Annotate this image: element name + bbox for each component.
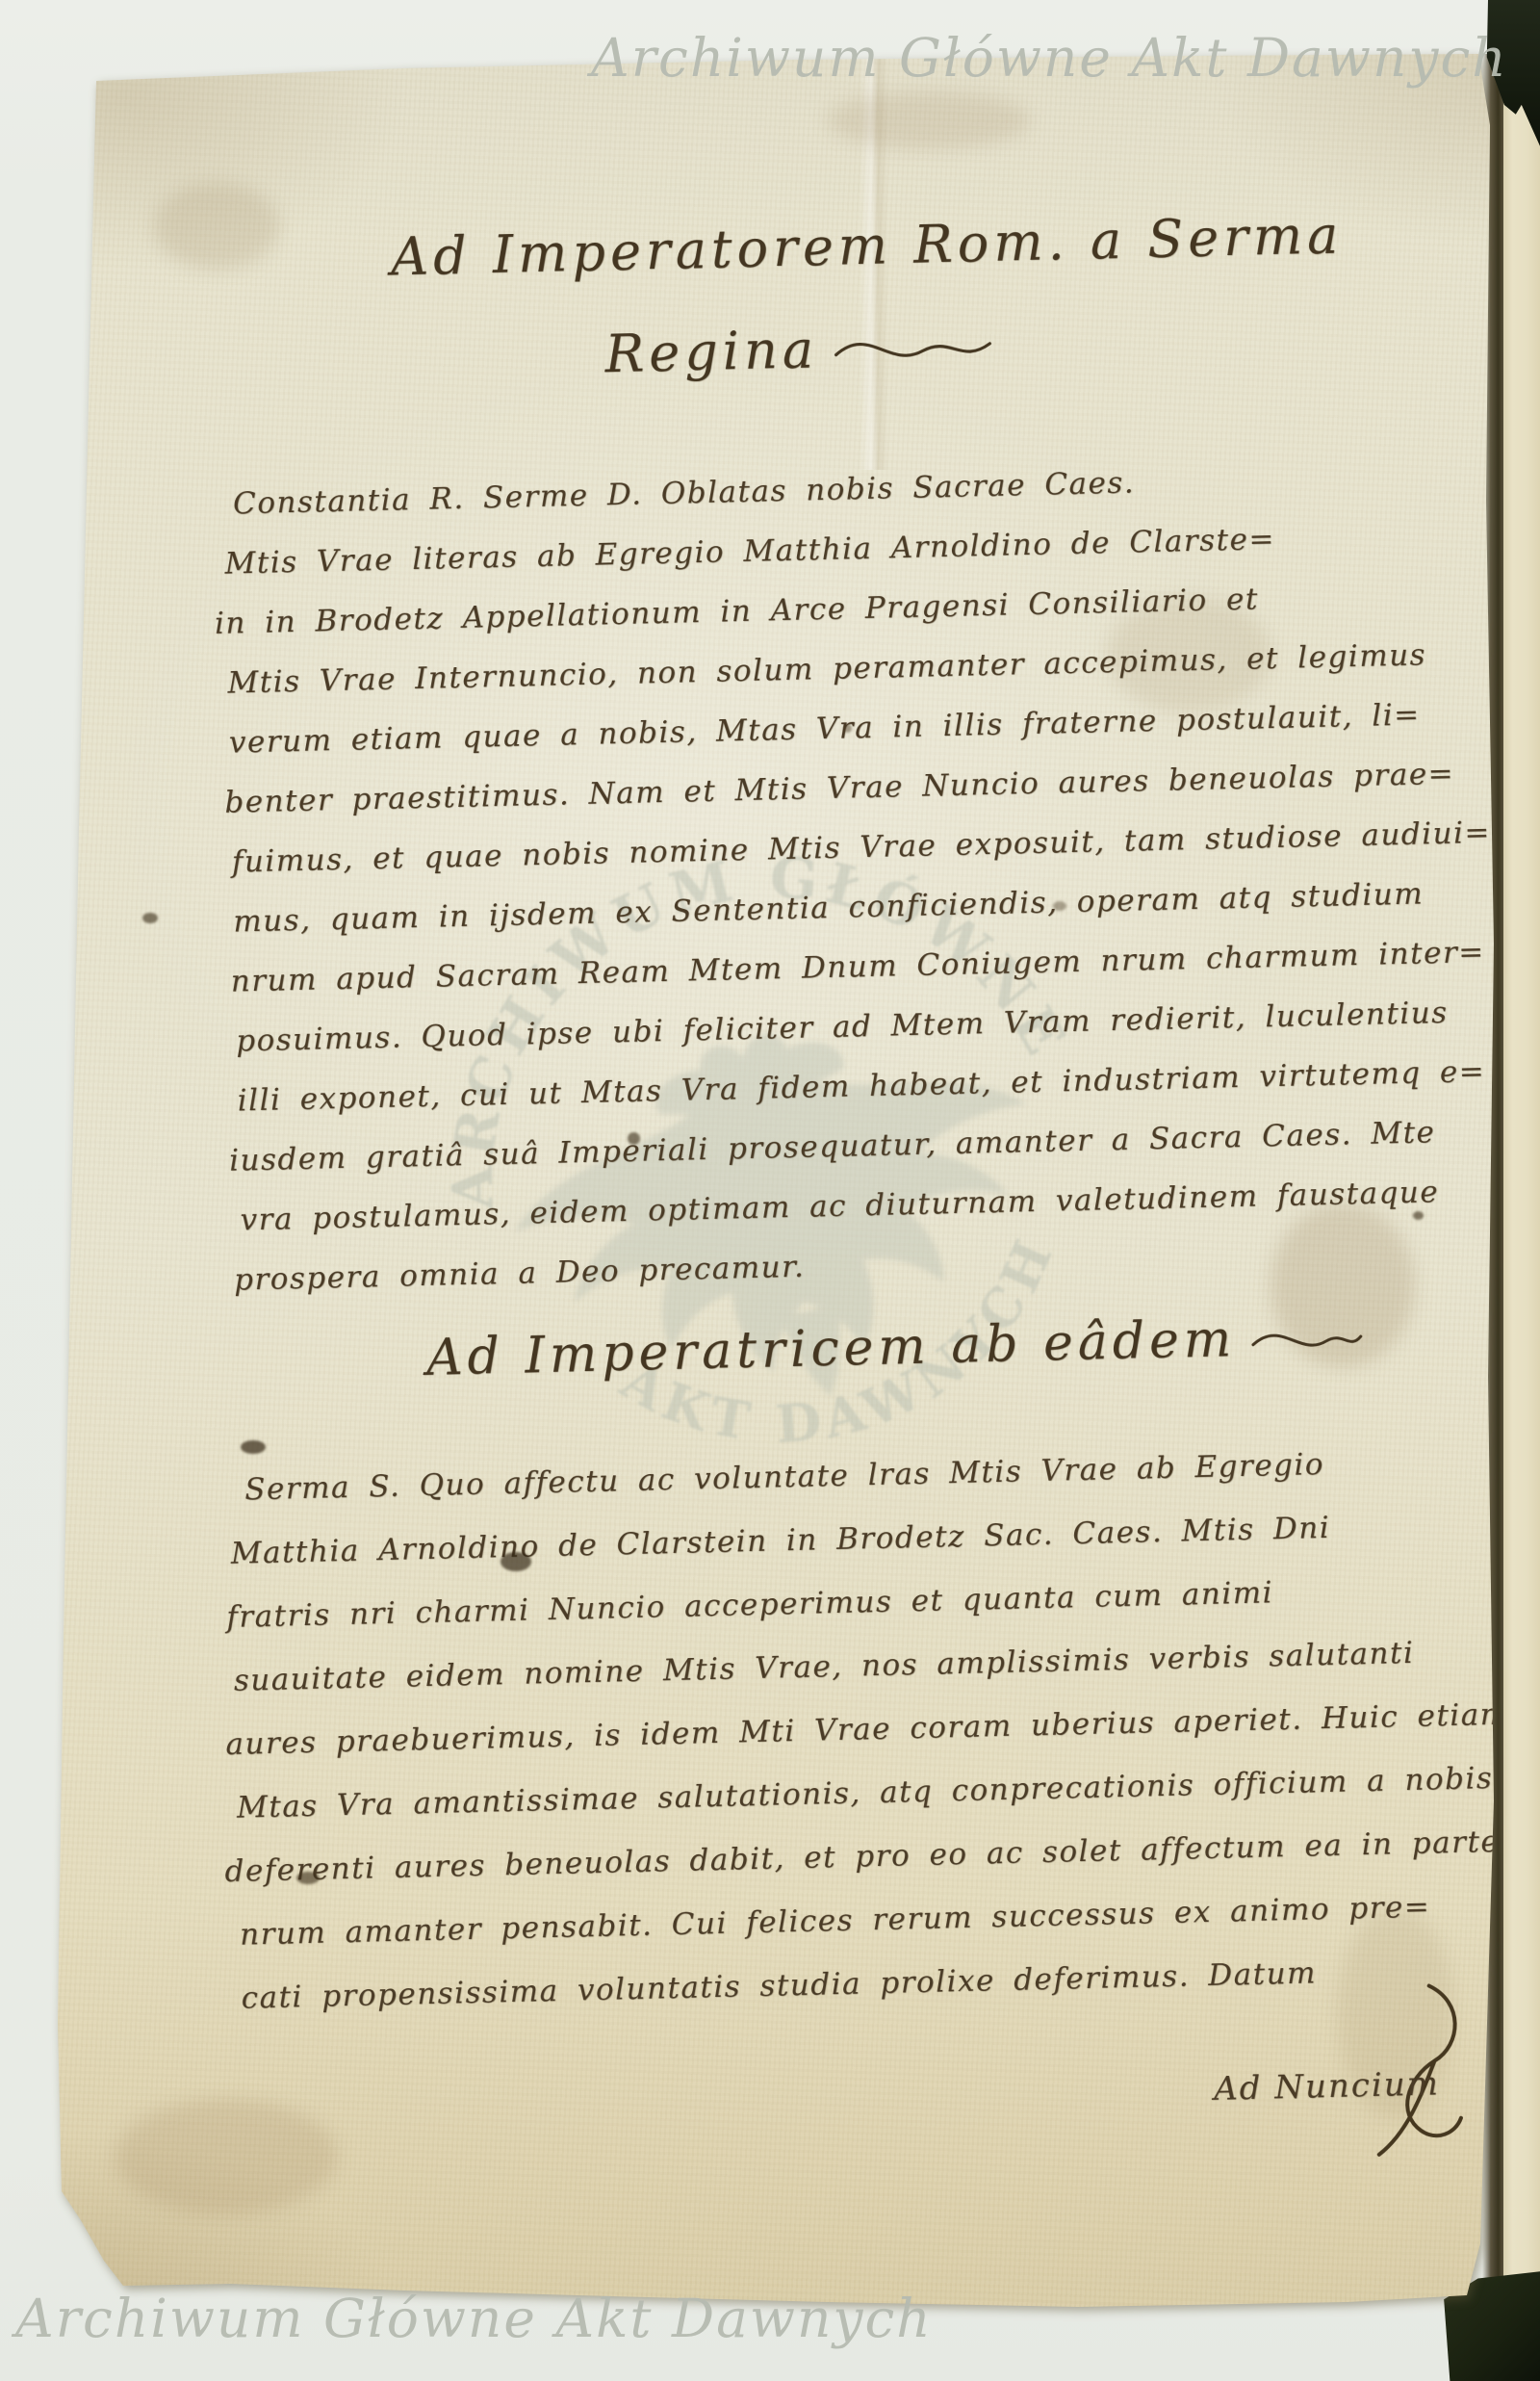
closing-note: Ad Nuncium — [1214, 2064, 1441, 2109]
ink-blot — [296, 1872, 320, 1884]
flourish-swash-icon — [1249, 1322, 1366, 1359]
letter1-heading-regina: Regina — [604, 319, 819, 384]
flourish-swash-icon — [832, 330, 996, 373]
manuscript-page-wrap: ARCHIWUM GŁÓWNE AKT DAWNYCH Ad Imperator… — [0, 0, 1540, 2381]
ink-blot — [1053, 901, 1066, 911]
ink-blot — [500, 1552, 531, 1571]
letter2-body: Serma S. Quo affectu ac voluntate lras M… — [229, 1443, 1517, 2045]
letter2-heading: Ad Imperatricem ab eâdem — [425, 1307, 1365, 1387]
ink-blot — [628, 1132, 640, 1145]
archive-watermark-bottom: Archiwum Główne Akt Dawnych — [15, 2288, 933, 2349]
ink-blot — [843, 724, 852, 733]
manuscript-page: ARCHIWUM GŁÓWNE AKT DAWNYCH Ad Imperator… — [0, 0, 1540, 2381]
archive-scan: { "watermark": { "archive_name": "Archiw… — [0, 0, 1540, 2381]
ink-blot — [241, 1440, 266, 1454]
letter1-body: Constantia R. Serme D. Oblatas nobis Sac… — [223, 457, 1501, 1323]
letter1-heading-line2: Regina — [604, 315, 996, 385]
ink-blot — [1413, 1211, 1424, 1220]
letter1-heading-line1: Ad Imperatorem Rom. a Serma — [390, 204, 1344, 287]
manuscript-ink-layer: Ad Imperatorem Rom. a Serma Regina Const… — [0, 0, 1540, 2381]
archive-watermark-top: Archiwum Główne Akt Dawnych — [591, 27, 1508, 89]
letter2-heading-text: Ad Imperatricem ab eâdem — [425, 1310, 1236, 1387]
ink-blot — [142, 913, 158, 923]
